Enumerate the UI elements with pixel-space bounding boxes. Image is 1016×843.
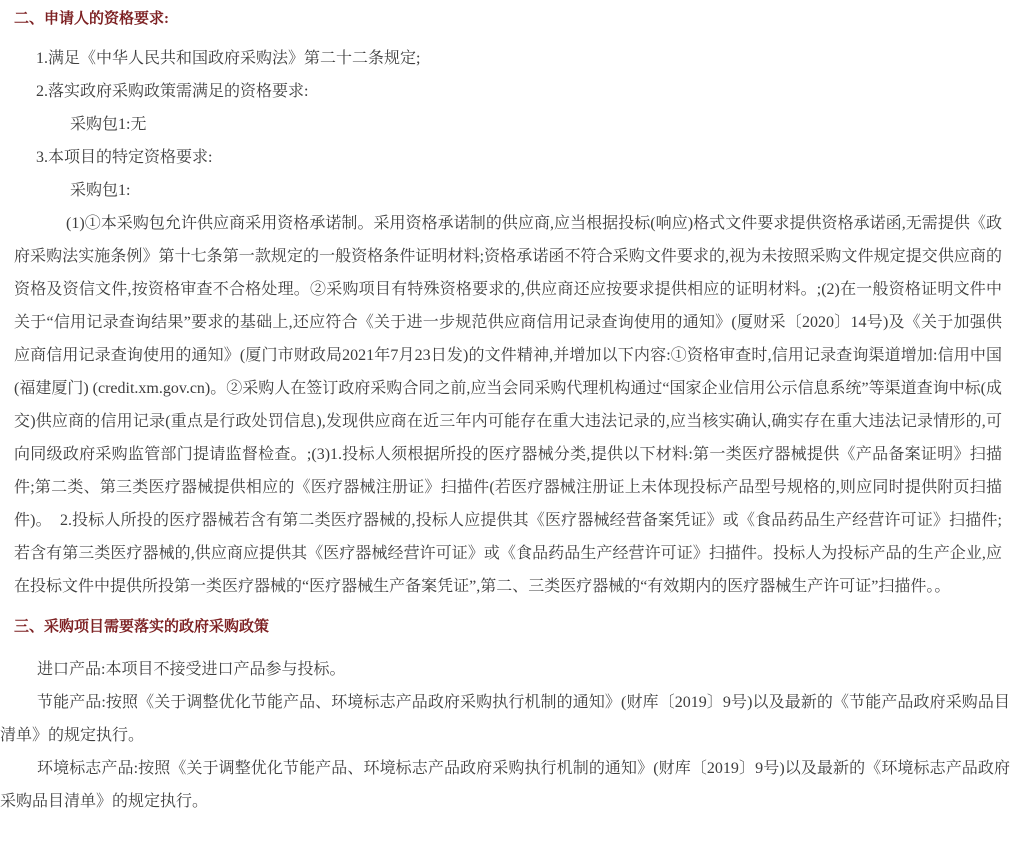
policy-import-products: 进口产品:本项目不接受进口产品参与投标。 — [0, 653, 1010, 686]
section-heading-procurement-policy: 三、采购项目需要落实的政府采购政策 — [14, 616, 1002, 638]
qualification-item-law-article22: 1.满足《中华人民共和国政府采购法》第二十二条规定; — [14, 42, 1002, 75]
qualification-item-policy-requirements: 2.落实政府采购政策需满足的资格要求: — [14, 75, 1002, 108]
qualification-package1-none: 采购包1:无 — [14, 108, 1002, 141]
procurement-document-page: 二、申请人的资格要求: 1.满足《中华人民共和国政府采购法》第二十二条规定; 2… — [0, 0, 1016, 843]
policy-environmental-label-products: 环境标志产品:按照《关于调整优化节能产品、环境标志产品政府采购执行机制的通知》(… — [0, 752, 1010, 818]
section-heading-applicant-qualification: 二、申请人的资格要求: — [14, 8, 1002, 30]
policy-energy-saving-products: 节能产品:按照《关于调整优化节能产品、环境标志产品政府采购执行机制的通知》(财库… — [0, 686, 1010, 752]
qualification-package1-label: 采购包1: — [14, 174, 1002, 207]
qualification-detail-paragraph: (1)①本采购包允许供应商采用资格承诺制。采用资格承诺制的供应商,应当根据投标(… — [14, 207, 1002, 603]
qualification-item-specific-requirements: 3.本项目的特定资格要求: — [14, 141, 1002, 174]
